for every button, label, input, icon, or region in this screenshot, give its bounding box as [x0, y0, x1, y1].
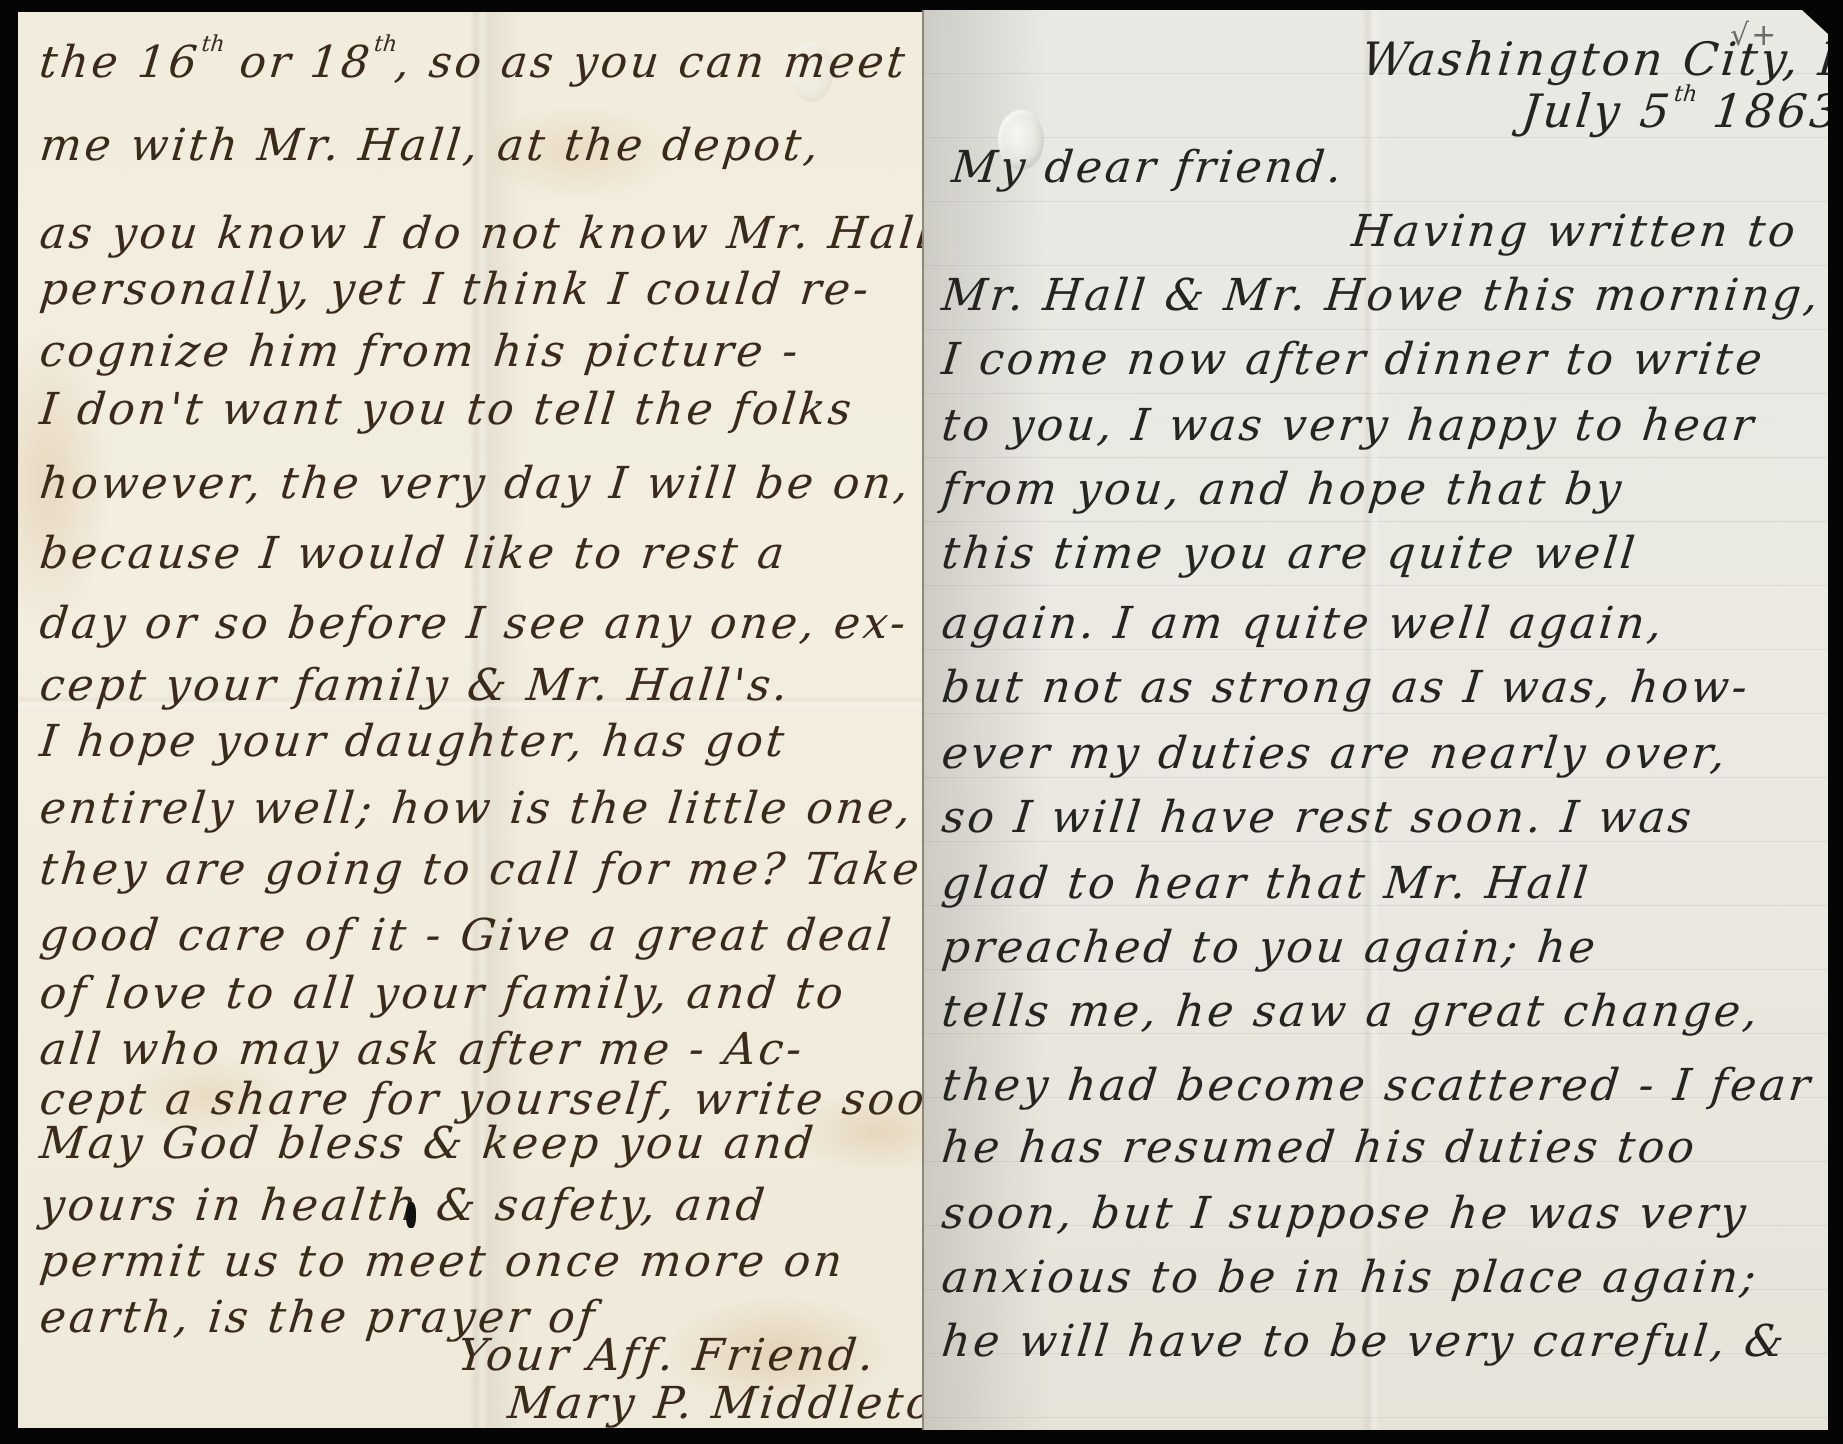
letter-line: soon, but I suppose he was very [940, 1192, 1751, 1236]
letter-line: so I will have rest soon. I was [940, 796, 1696, 840]
letter-signature: Mary P. Middleton. [506, 1382, 922, 1426]
letter-line: cept a share for yourself, write soon. [38, 1078, 922, 1122]
letter-page-right: √+ Washington City, D.C. July 5th 1863. … [922, 10, 1828, 1430]
letter-line: cognize him from his picture - [38, 330, 803, 374]
letter-line: from you, and hope that by [940, 468, 1626, 512]
letter-line: he has resumed his duties too [940, 1126, 1700, 1170]
letter-salutation: My dear friend. [950, 146, 1347, 190]
page-divider [922, 10, 924, 1430]
letter-page-left: the 16th or 18th, so as you can meet me … [18, 12, 922, 1428]
letter-line: of love to all your family, and to [38, 972, 848, 1016]
letter-line: I don't want you to tell the folks [38, 388, 856, 432]
letter-line: however, the very day I will be on, [38, 462, 914, 506]
letter-place: Washington City, D.C. [1360, 36, 1828, 82]
letter-closing: Your Aff. Friend. [456, 1334, 879, 1378]
letter-line: they had become scattered - I fear [940, 1064, 1815, 1108]
letter-line: this time you are quite well [940, 532, 1640, 576]
letter-line: day or so before I see any one, ex- [38, 602, 911, 646]
letter-line: because I would like to rest a [38, 532, 789, 576]
ink-blot [406, 1202, 416, 1228]
letter-line: but not as strong as I was, how- [940, 666, 1752, 710]
letter-line: the 16th or 18th, so as you can meet [37, 34, 910, 85]
letter-line: anxious to be in his place again; [940, 1256, 1761, 1300]
letter-line: entirely well; how is the little one, [38, 787, 916, 831]
letter-line: again. I am quite well again, [940, 602, 1667, 646]
letter-line: glad to hear that Mr. Hall [940, 862, 1593, 906]
letter-line: I come now after dinner to write [940, 338, 1767, 382]
letter-line: as you know I do not know Mr. Hall [38, 212, 922, 256]
letter-line: permit us to meet once more on [38, 1240, 847, 1284]
letter-line: all who may ask after me - Ac- [38, 1028, 807, 1072]
letter-line: me with Mr. Hall, at the depot, [38, 124, 824, 168]
letter-line: May God bless & keep you and [38, 1122, 818, 1166]
letter-line: I hope your daughter, has got [38, 720, 789, 764]
letter-line: preached to you again; he [940, 926, 1600, 970]
letter-line: to you, I was very happy to hear [940, 404, 1759, 448]
letter-line: Mr. Hall & Mr. Howe this morning, [940, 274, 1823, 318]
letter-line: yours in health & safety, and [38, 1184, 770, 1228]
letter-line: he will have to be very careful, & [940, 1320, 1789, 1364]
letter-line: cept your family & Mr. Hall's. [38, 664, 793, 708]
letter-line: they are going to call for me? Take [38, 848, 922, 892]
letter-line: personally, yet I think I could re- [38, 268, 874, 312]
letter-line: Having written to [1350, 210, 1800, 254]
letter-date: July 5th 1863. [1519, 84, 1828, 134]
letter-line: tells me, he saw a great change, [940, 990, 1763, 1034]
letter-line: good care of it - Give a great deal [38, 914, 896, 958]
letter-line: ever my duties are nearly over, [940, 732, 1730, 776]
